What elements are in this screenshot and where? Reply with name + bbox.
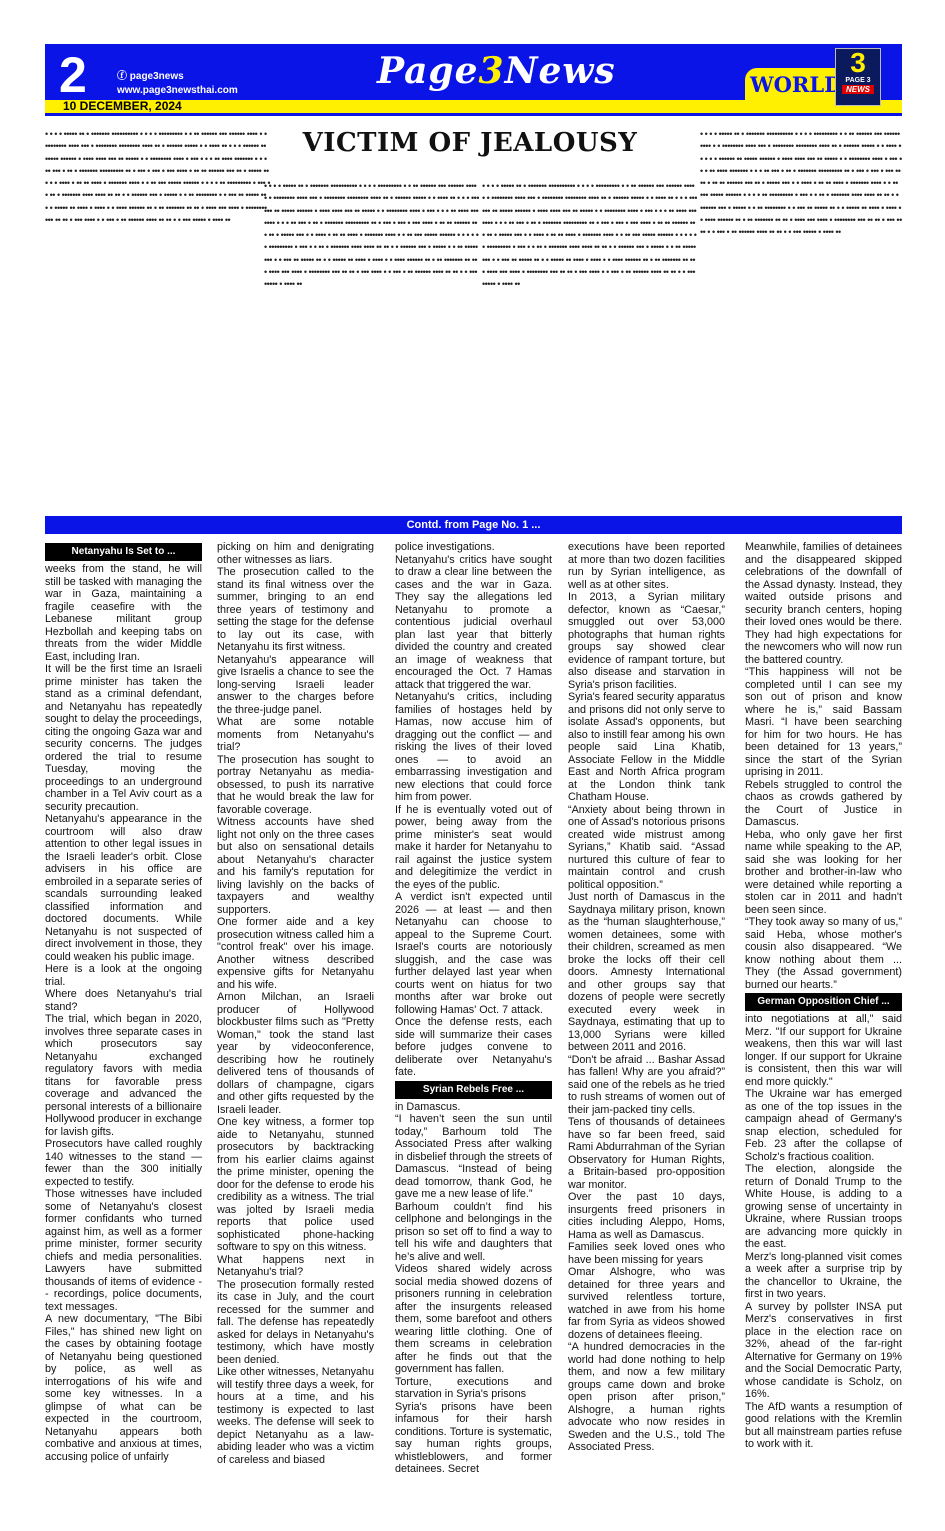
column-4: executions have been reported at more th… — [568, 541, 725, 1454]
facebook-handle: page3news — [130, 71, 184, 82]
top-story-headline: VICTIM OF JEALOUSY — [300, 128, 640, 158]
issue-date: 10 DECEMBER, 2024 — [63, 100, 182, 113]
facebook-link[interactable]: ⓕ page3news — [117, 70, 238, 84]
column-text: executions have been reported at more th… — [568, 541, 725, 1454]
top-story-col-2: • • • • ••••• •• • ••••••• •••••••••• • … — [264, 180, 479, 498]
social-links: ⓕ page3news www.page3newsthai.com — [117, 70, 238, 98]
badge-news: NEWS — [842, 85, 874, 94]
section-label: WORLD — [750, 72, 842, 97]
top-story-col-3: • • • • ••••• •• • ••••••• •••••••••• • … — [482, 180, 697, 498]
logo-three: 3 — [479, 50, 505, 92]
column-1: Netanyahu Is Set to ... weeks from the s… — [45, 541, 202, 1463]
column-text: Meanwhile, families of detainees and the… — [745, 541, 902, 991]
kicker-german-opposition: German Opposition Chief ... — [745, 993, 902, 1011]
facebook-icon: ⓕ — [117, 71, 130, 82]
masthead: 2 ⓕ page3news www.page3newsthai.com Page… — [45, 44, 902, 116]
column-5: Meanwhile, families of detainees and the… — [745, 541, 902, 1451]
badge-page: PAGE 3 — [836, 77, 880, 84]
contd-banner: Contd. from Page No. 1 ... — [45, 516, 902, 534]
column-2: picking on him and denigrating other wit… — [217, 541, 374, 1466]
top-story-col-1: • • • • ••••• •• • ••••••• •••••••••• • … — [45, 128, 270, 498]
column-3: police investigations. Netanyahu's criti… — [395, 541, 552, 1476]
logo: Page3News — [377, 50, 616, 92]
top-story-col-4: • • • • ••••• •• • ••••••• •••••••••• • … — [700, 128, 902, 498]
column-text: picking on him and denigrating other wit… — [217, 541, 374, 1466]
column-text-2: into negotiations at all," said Merz. "I… — [745, 1013, 902, 1451]
column-text: weeks from the stand, he will still be t… — [45, 563, 202, 1463]
logo-right: News — [505, 50, 616, 92]
column-text: police investigations. Netanyahu's criti… — [395, 541, 552, 1079]
website-link[interactable]: www.page3newsthai.com — [117, 84, 238, 98]
kicker-netanyahu: Netanyahu Is Set to ... — [45, 543, 202, 561]
column-text-2: in Damascus. “I haven’t seen the sun unt… — [395, 1101, 552, 1476]
page3-badge-icon: 3 PAGE 3 NEWS — [835, 48, 881, 106]
logo-left: Page — [377, 50, 479, 92]
page-number: 2 — [59, 46, 87, 104]
kicker-syrian-rebels: Syrian Rebels Free ... — [395, 1081, 552, 1099]
badge-number: 3 — [836, 49, 880, 77]
